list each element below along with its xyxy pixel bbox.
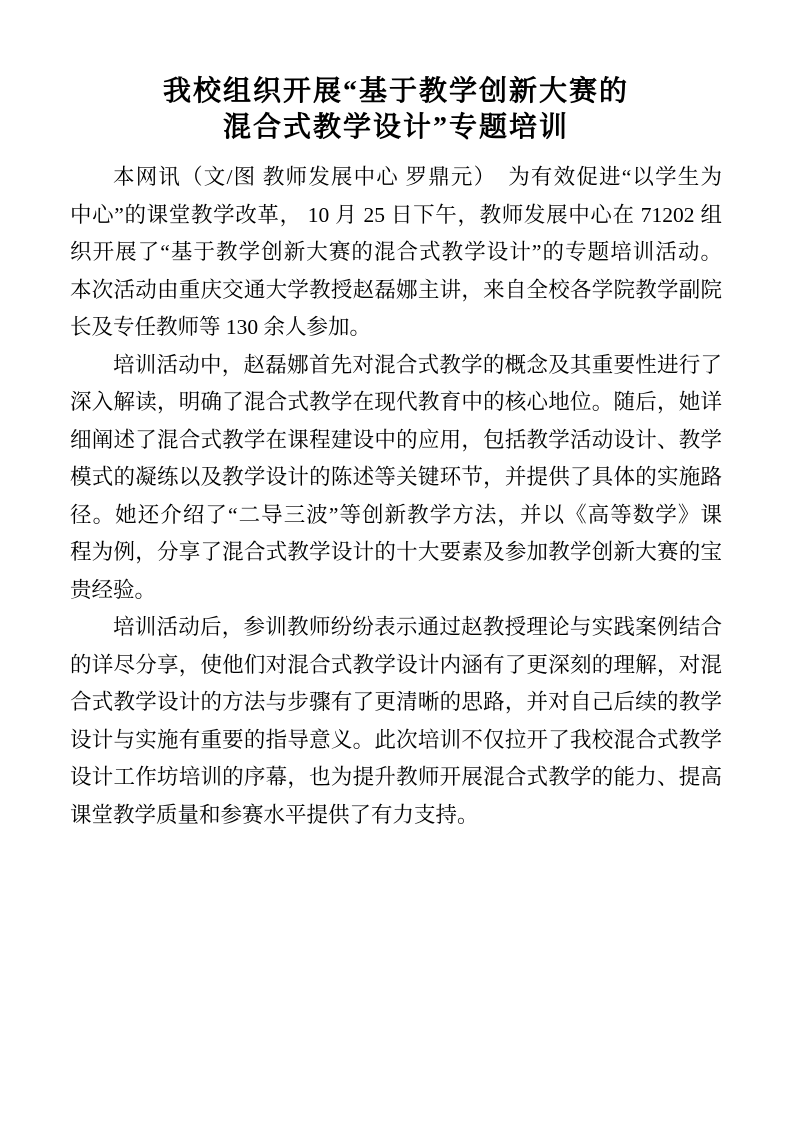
article-body: 本网讯（文/图 教师发展中心 罗鼎元） 为有效促进“以学生为中心”的课堂教学改革…: [70, 159, 722, 834]
article-title-line-1: 我校组织开展“基于教学创新大赛的: [70, 74, 722, 110]
paragraph-2-line-6: 程为例，分享了混合式教学设计的十大要素及参加教学创新大赛的宝: [70, 534, 722, 572]
paragraph-2-line-2: 深入解读，明确了混合式教学在现代教育中的核心地位。随后，她详: [70, 384, 722, 422]
paragraph-2-line-4: 模式的凝练以及教学设计的陈述等关键环节，并提供了具体的实施路: [70, 459, 722, 497]
article-title-line-2: 混合式教学设计”专题培训: [70, 110, 722, 146]
paragraph-2-line-1: 培训活动中，赵磊娜首先对混合式教学的概念及其重要性进行了: [70, 347, 722, 385]
article-title: 我校组织开展“基于教学创新大赛的 混合式教学设计”专题培训: [70, 0, 722, 146]
paragraph-3-line-6: 课堂教学质量和参赛水平提供了有力支持。: [70, 797, 722, 835]
document-content: 我校组织开展“基于教学创新大赛的 混合式教学设计”专题培训 本网讯（文/图 教师…: [70, 0, 722, 834]
paragraph-1-line-4: 本次活动由重庆交通大学教授赵磊娜主讲，来自全校各学院教学副院: [70, 272, 722, 310]
paragraph-1-line-1: 本网讯（文/图 教师发展中心 罗鼎元） 为有效促进“以学生为: [70, 159, 722, 197]
paragraph-3-line-3: 合式教学设计的方法与步骤有了更清晰的思路，并对自己后续的教学: [70, 684, 722, 722]
paragraph-3-line-4: 设计与实施有重要的指导意义。此次培训不仅拉开了我校混合式教学: [70, 722, 722, 760]
paragraph-2-line-5: 径。她还介绍了“二导三波”等创新教学方法，并以《高等数学》课: [70, 497, 722, 535]
paragraph-3-line-2: 的详尽分享，使他们对混合式教学设计内涵有了更深刻的理解，对混: [70, 647, 722, 685]
paragraph-3-line-1: 培训活动后，参训教师纷纷表示通过赵教授理论与实践案例结合: [70, 609, 722, 647]
paragraph-2-line-7: 贵经验。: [70, 572, 722, 610]
document-page: 我校组织开展“基于教学创新大赛的 混合式教学设计”专题培训 本网讯（文/图 教师…: [0, 0, 793, 1122]
paragraph-2-line-3: 细阐述了混合式教学在课程建设中的应用，包括教学活动设计、教学: [70, 422, 722, 460]
paragraph-1-line-3: 织开展了“基于教学创新大赛的混合式教学设计”的专题培训活动。: [70, 234, 722, 272]
paragraph-1-line-2: 中心”的课堂教学改革， 10 月 25 日下午，教师发展中心在 71202 组: [70, 197, 722, 235]
paragraph-3-line-5: 设计工作坊培训的序幕，也为提升教师开展混合式教学的能力、提高: [70, 759, 722, 797]
paragraph-1-line-5: 长及专任教师等 130 余人参加。: [70, 309, 722, 347]
